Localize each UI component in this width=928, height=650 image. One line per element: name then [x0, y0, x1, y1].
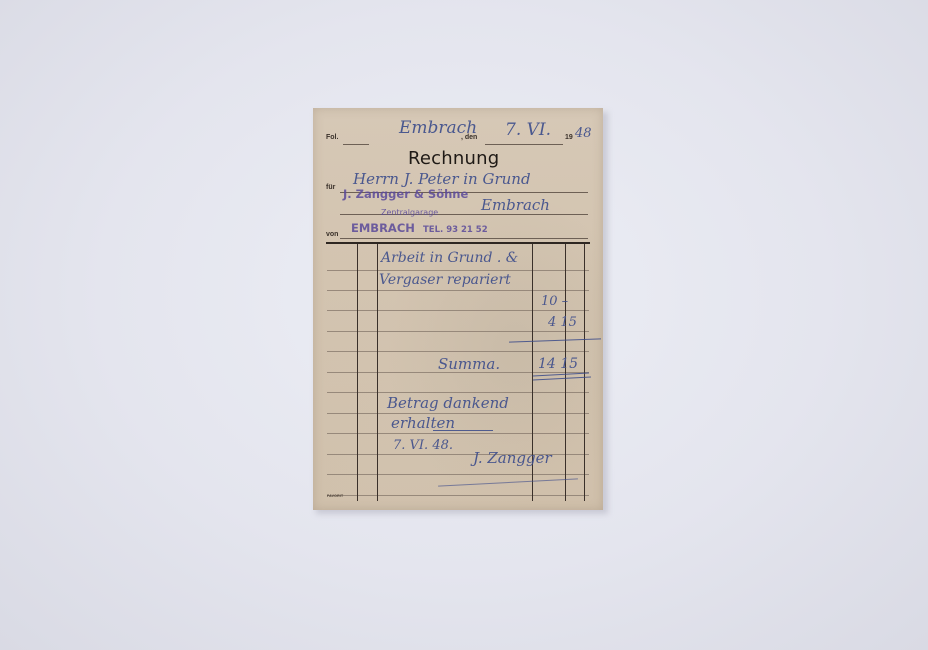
signature: J. Zangger	[473, 449, 552, 467]
document-title: Rechnung	[408, 148, 499, 169]
stamp-city: EMBRACH	[351, 221, 415, 235]
year-prefix: 19	[565, 134, 573, 141]
sum-double-rule-bottom	[533, 376, 591, 380]
sum-amount: 14 15	[538, 356, 578, 372]
table-row-line	[327, 413, 589, 414]
fol-underline	[343, 144, 369, 145]
receipt-underline	[433, 430, 493, 431]
table-row-line	[327, 290, 589, 291]
fuer-label: für	[326, 184, 335, 191]
handwritten-year: 48	[575, 126, 592, 141]
printer-mark: FAVORIT	[327, 494, 343, 498]
subtotal-rule	[509, 338, 601, 342]
receipt-date: 7. VI. 48.	[393, 438, 453, 453]
table-row-line	[327, 331, 589, 332]
invoice-document: Fol. Embrach , den 7. VI. 19 48 Rechnung…	[313, 108, 603, 510]
item-amount: 10 –	[541, 294, 568, 309]
table-row-line	[327, 310, 589, 311]
table-row-line	[327, 474, 589, 475]
receipt-note-1: Betrag dankend	[387, 394, 509, 412]
von-label: von	[326, 231, 338, 238]
item-description: Vergaser repariert	[379, 272, 511, 288]
item-amount: 4 15	[548, 315, 577, 330]
table-row-line	[327, 392, 589, 393]
stamp-telephone: TEL. 93 21 52	[423, 225, 488, 235]
von-underline	[340, 238, 588, 239]
column-divider	[357, 244, 358, 501]
stamp-subtitle: Zentralgarage	[381, 208, 438, 217]
sum-double-rule-top	[533, 373, 589, 377]
stamp-company: J. Zangger & Söhne	[343, 187, 468, 201]
date-underline	[485, 144, 563, 145]
table-row-line	[327, 433, 589, 434]
table-top-rule	[326, 242, 590, 244]
fol-label: Fol.	[326, 134, 338, 141]
handwritten-recipient-2: Embrach	[481, 196, 550, 214]
handwritten-date: 7. VI.	[505, 120, 551, 140]
table-row-line	[327, 351, 589, 352]
handwritten-recipient-1: Herrn J. Peter in Grund	[353, 170, 531, 188]
column-divider	[565, 244, 566, 501]
item-description: Arbeit in Grund . &	[381, 250, 518, 266]
sum-label: Summa.	[438, 355, 500, 373]
table-row-line	[327, 495, 589, 496]
table-row-line	[327, 270, 589, 271]
den-label: , den	[461, 134, 477, 141]
signature-stroke	[438, 478, 578, 486]
address-underline	[340, 214, 588, 215]
